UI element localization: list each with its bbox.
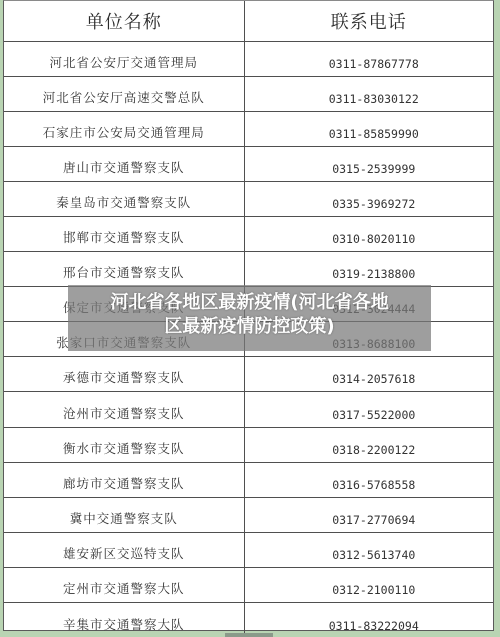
table-row: 承德市交通警察支队 0314-2057618 [4, 357, 493, 392]
table-row: 邢台市交通警察支队 0319-2138800 [4, 252, 493, 287]
phone-cell: 0319-2138800 [244, 252, 493, 287]
overlay-title-line-1: 河北省各地区最新疫情(河北省各地 [68, 291, 431, 315]
table-row: 沧州市交通警察支队 0317-5522000 [4, 392, 493, 427]
phone-cell: 0312-2100110 [244, 567, 493, 602]
table-row: 定州市交通警察大队 0312-2100110 [4, 567, 493, 602]
column-header-phone: 联系电话 [244, 1, 493, 41]
table-row: 冀中交通警察支队 0317-2770694 [4, 497, 493, 532]
unit-name-cell: 冀中交通警察支队 [4, 497, 244, 532]
table-row: 廊坊市交通警察支队 0316-5768558 [4, 462, 493, 497]
phone-cell: 0317-5522000 [244, 392, 493, 427]
table-header-row: 单位名称 联系电话 [4, 1, 493, 41]
unit-name-cell: 沧州市交通警察支队 [4, 392, 244, 427]
unit-name-cell: 石家庄市公安局交通管理局 [4, 111, 244, 146]
unit-name-cell: 河北省公安厅高速交警总队 [4, 76, 244, 111]
table-row: 雄安新区交巡特支队 0312-5613740 [4, 532, 493, 567]
phone-cell: 0318-2200122 [244, 427, 493, 462]
phone-cell: 0310-8020110 [244, 216, 493, 251]
unit-name-cell: 衡水市交通警察支队 [4, 427, 244, 462]
table-row: 河北省公安厅交通管理局 0311-87867778 [4, 41, 493, 76]
phone-cell: 0317-2770694 [244, 497, 493, 532]
unit-name-cell: 定州市交通警察大队 [4, 567, 244, 602]
table-row: 唐山市交通警察支队 0315-2539999 [4, 146, 493, 181]
phone-cell: 0311-87867778 [244, 41, 493, 76]
unit-name-cell: 河北省公安厅交通管理局 [4, 41, 244, 76]
unit-name-cell: 邢台市交通警察支队 [4, 252, 244, 287]
title-overlay-banner: 河北省各地区最新疫情(河北省各地 区最新疫情防控政策) [68, 285, 431, 351]
unit-name-cell: 秦皇岛市交通警察支队 [4, 181, 244, 216]
unit-name-cell: 廊坊市交通警察支队 [4, 462, 244, 497]
overlay-title-line-2: 区最新疫情防控政策) [68, 315, 431, 339]
table-row: 河北省公安厅高速交警总队 0311-83030122 [4, 76, 493, 111]
table-row: 秦皇岛市交通警察支队 0335-3969272 [4, 181, 493, 216]
table-row: 石家庄市公安局交通管理局 0311-85859990 [4, 111, 493, 146]
unit-name-cell: 邯郸市交通警察支队 [4, 216, 244, 251]
phone-cell: 0312-5613740 [244, 532, 493, 567]
unit-name-cell: 雄安新区交巡特支队 [4, 532, 244, 567]
column-header-unit-name: 单位名称 [4, 1, 244, 41]
phone-cell: 0316-5768558 [244, 462, 493, 497]
phone-cell: 0311-83030122 [244, 76, 493, 111]
table-row: 衡水市交通警察支队 0318-2200122 [4, 427, 493, 462]
unit-name-cell: 承德市交通警察支队 [4, 357, 244, 392]
phone-cell: 0311-83222094 [244, 603, 493, 637]
unit-name-cell: 唐山市交通警察支队 [4, 146, 244, 181]
phone-cell: 0311-85859990 [244, 111, 493, 146]
table-row: 邯郸市交通警察支队 0310-8020110 [4, 216, 493, 251]
table-row: 辛集市交通警察大队 0311-83222094 [4, 603, 493, 637]
phone-cell: 0335-3969272 [244, 181, 493, 216]
bottom-edge-marker [225, 633, 273, 637]
phone-cell: 0314-2057618 [244, 357, 493, 392]
phone-cell: 0315-2539999 [244, 146, 493, 181]
unit-name-cell: 辛集市交通警察大队 [4, 603, 244, 637]
